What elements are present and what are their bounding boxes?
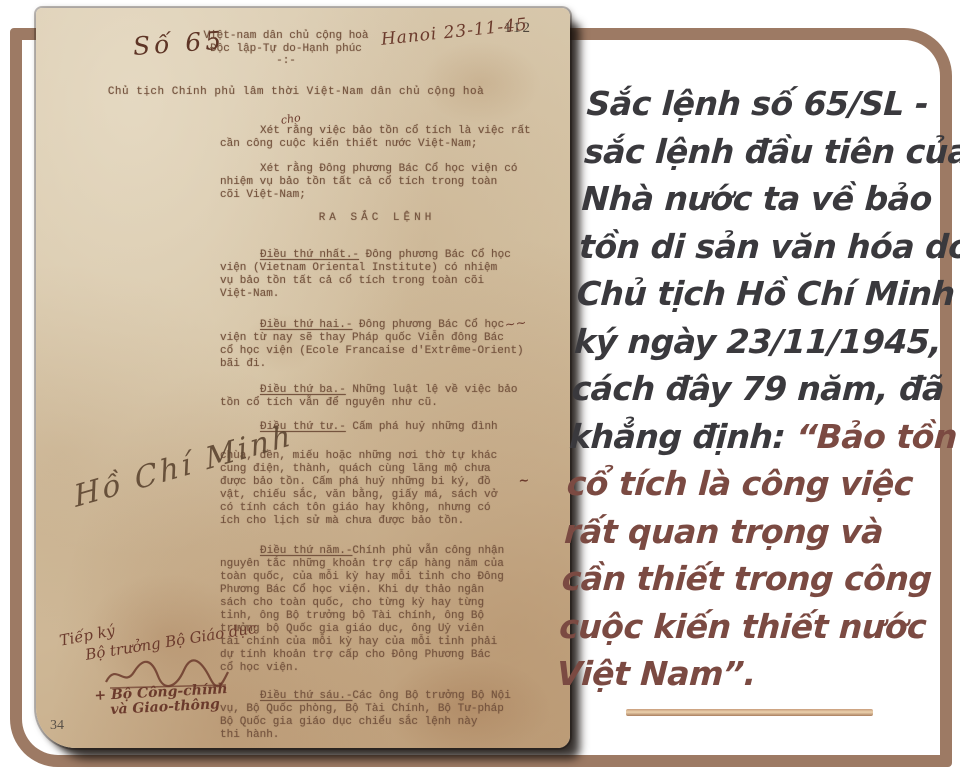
decree-heading: RA SẮC LỆNH xyxy=(220,212,534,225)
article-lead: Điều thứ hai.- xyxy=(260,319,352,331)
header-separator: -:- xyxy=(176,55,396,68)
decree-paragraph: chùa, đền, miếu hoặc những nơi thờ tự kh… xyxy=(220,450,534,528)
article-lead: Điều thứ ba.- xyxy=(260,384,346,396)
caption-line: rất quan trọng và xyxy=(563,508,937,556)
decree-paragraph: Điều thứ ba.- Những luật lệ về việc bảot… xyxy=(220,384,534,410)
article-lead: Điều thứ sáu.- xyxy=(260,690,352,702)
caption-line: sắc lệnh đầu tiên của xyxy=(583,128,957,176)
margin-scribble: ~ xyxy=(518,473,530,489)
caption-line: Chủ tịch Hồ Chí Minh xyxy=(576,270,950,318)
margin-scribble: ~~ xyxy=(504,316,527,333)
caption-divider-rule xyxy=(626,709,873,716)
page: Việt-nam dân chủ cộng hoà Độc lập-Tự do-… xyxy=(0,0,960,775)
caption-line: tồn di sản văn hóa do xyxy=(578,223,952,271)
decree-paragraph: Xét rằng việc bảo tồn cổ tích là việc rấ… xyxy=(220,125,534,151)
document-title: Chủ tịch Chính phủ lâm thời Việt-Nam dân… xyxy=(96,86,496,98)
caption-line: khẳng định: “Bảo tồn xyxy=(568,413,942,461)
caption-line: Việt Nam”. xyxy=(556,650,930,698)
caption-line: cổ tích là công việc xyxy=(566,460,940,508)
decree-paragraph: Điều thứ nhất.- Đông phương Bác Cổ họcvi… xyxy=(220,249,534,301)
decree-paragraph: Điều thứ hai.- Đông phương Bác Cổ họcviệ… xyxy=(220,319,534,371)
handwritten-date: Hanoi 23-11-45 xyxy=(380,15,529,50)
caption-line: Sắc lệnh số 65/SL - xyxy=(586,80,960,128)
handwritten-insertion: cho xyxy=(280,111,301,127)
decree-paragraph: Xét rằng Đông phương Bác Cổ học viện cón… xyxy=(220,163,534,202)
paper-stain xyxy=(416,38,546,128)
caption-line: Nhà nước ta về bảo xyxy=(581,175,955,223)
decree-paragraph: Điều thứ sáu.-Các ông Bộ trưởng Bộ Nộivụ… xyxy=(220,690,534,742)
article-lead: Điều thứ nhất.- xyxy=(260,249,359,261)
page-number-bottom: 34 xyxy=(50,718,64,734)
caption-line: cách đây 79 năm, đã xyxy=(571,365,945,413)
article-lead: Điều thứ năm.- xyxy=(260,545,352,557)
caption-line: cần thiết trong công xyxy=(561,555,935,603)
caption-line: cuộc kiến thiết nước xyxy=(558,603,932,651)
caption-text: Sắc lệnh số 65/SL -sắc lệnh đầu tiên của… xyxy=(556,80,960,698)
decree-document-photo: Việt-nam dân chủ cộng hoà Độc lập-Tự do-… xyxy=(36,8,570,748)
decree-paragraph: Điều thứ năm.-Chính phủ vẫn công nhậnngu… xyxy=(220,545,534,675)
caption-line: ký ngày 23/11/1945, xyxy=(573,318,947,366)
